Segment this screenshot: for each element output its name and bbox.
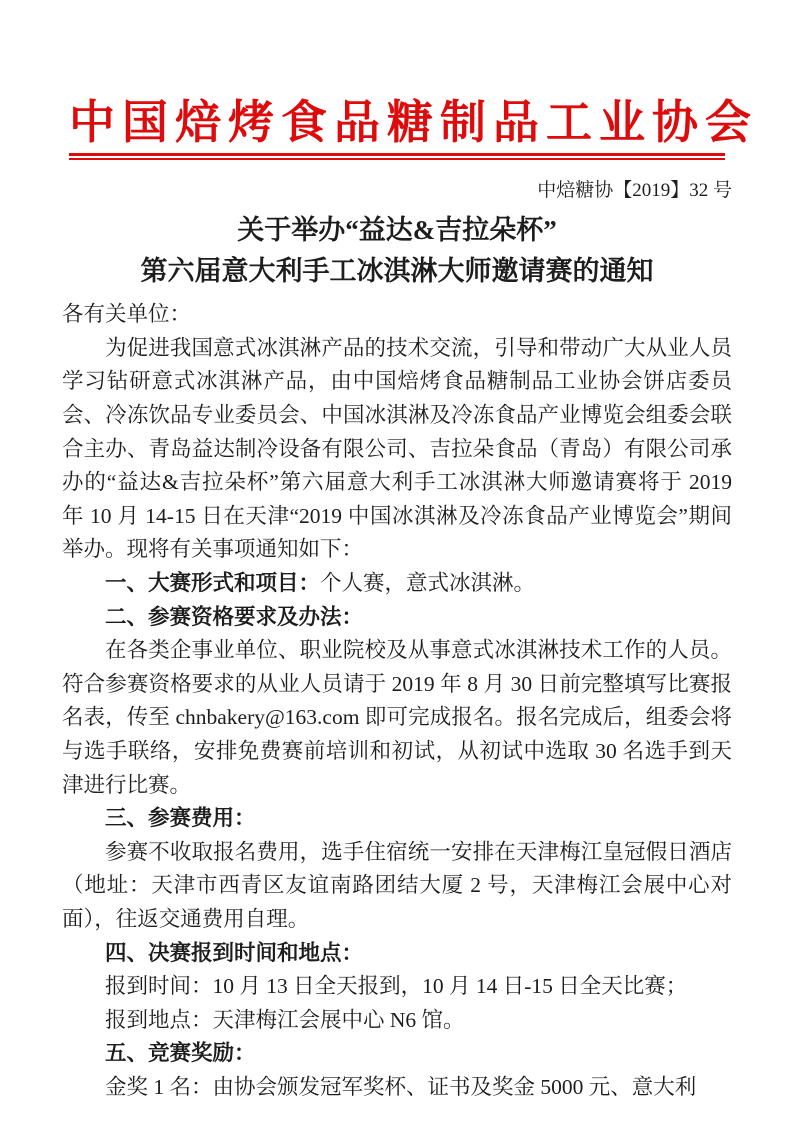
paragraph-text: 金奖 1 名：由协会颁发冠军奖杯、证书及奖金 5000 元、意大利 xyxy=(105,1075,696,1099)
header-rule-thin-line xyxy=(69,158,725,160)
body-paragraph: 一、大赛形式和项目：个人赛，意式冰淇淋。 xyxy=(62,567,732,601)
body-paragraph: 二、参赛资格要求及办法： xyxy=(62,601,732,635)
paragraph-text: 个人赛，意式冰淇淋。 xyxy=(320,571,535,595)
association-name-header: 中国焙烤食品糖制品工业协会 xyxy=(62,96,732,150)
header-rule-thick-line xyxy=(69,153,725,156)
paragraph-text: 在各类企事业单位、职业院校及从事意式冰淇淋技术工作的人员。符合参赛资格要求的从业… xyxy=(62,638,732,796)
notice-title-line-2: 第六届意大利手工冰淇淋大师邀请赛的通知 xyxy=(62,251,732,292)
body-paragraph: 三、参赛费用： xyxy=(62,802,732,836)
header-double-rule xyxy=(69,153,725,160)
paragraph-text: 参赛不收取报名费用，选手住宿统一安排在天津梅江皇冠假日酒店（地址：天津市西青区友… xyxy=(62,840,732,931)
section-heading-text: 四、决赛报到时间和地点： xyxy=(105,941,363,965)
paragraph-text: 为促进我国意式冰淇淋产品的技术交流，引导和带动广大从业人员学习钻研意式冰淇淋产品… xyxy=(62,336,732,562)
document-page: 中国焙烤食品糖制品工业协会 中焙糖协【2019】32 号 关于举办“益达&吉拉朵… xyxy=(0,0,794,1123)
page-content: 中国焙烤食品糖制品工业协会 中焙糖协【2019】32 号 关于举办“益达&吉拉朵… xyxy=(0,96,794,1105)
body-paragraph: 报到时间：10 月 13 日全天报到，10 月 14 日-15 日全天比赛； xyxy=(62,970,732,1004)
notice-title-line-1: 关于举办“益达&吉拉朵杯” xyxy=(62,210,732,251)
section-heading-text: 五、竞赛奖励： xyxy=(105,1041,256,1065)
document-number: 中焙糖协【2019】32 号 xyxy=(62,178,732,204)
paragraph-text: 报到时间：10 月 13 日全天报到，10 月 14 日-15 日全天比赛； xyxy=(105,974,687,998)
body-paragraph: 四、决赛报到时间和地点： xyxy=(62,937,732,971)
body-paragraph: 在各类企事业单位、职业院校及从事意式冰淇淋技术工作的人员。符合参赛资格要求的从业… xyxy=(62,634,732,802)
notice-body: 各有关单位： 为促进我国意式冰淇淋产品的技术交流，引导和带动广大从业人员学习钻研… xyxy=(62,298,732,1104)
salutation: 各有关单位： xyxy=(62,298,732,332)
body-paragraph: 金奖 1 名：由协会颁发冠军奖杯、证书及奖金 5000 元、意大利 xyxy=(62,1071,732,1105)
body-paragraph: 为促进我国意式冰淇淋产品的技术交流，引导和带动广大从业人员学习钻研意式冰淇淋产品… xyxy=(62,332,732,567)
body-paragraph: 报到地点：天津梅江会展中心 N6 馆。 xyxy=(62,1004,732,1038)
paragraph-text: 报到地点：天津梅江会展中心 N6 馆。 xyxy=(105,1008,465,1032)
section-heading-text: 二、参赛资格要求及办法： xyxy=(105,605,363,629)
paragraphs-container: 为促进我国意式冰淇淋产品的技术交流，引导和带动广大从业人员学习钻研意式冰淇淋产品… xyxy=(62,332,732,1105)
body-paragraph: 五、竞赛奖励： xyxy=(62,1037,732,1071)
section-heading-text: 三、参赛费用： xyxy=(105,806,256,830)
body-paragraph: 参赛不收取报名费用，选手住宿统一安排在天津梅江皇冠假日酒店（地址：天津市西青区友… xyxy=(62,836,732,937)
section-heading-text: 一、大赛形式和项目： xyxy=(105,571,320,595)
